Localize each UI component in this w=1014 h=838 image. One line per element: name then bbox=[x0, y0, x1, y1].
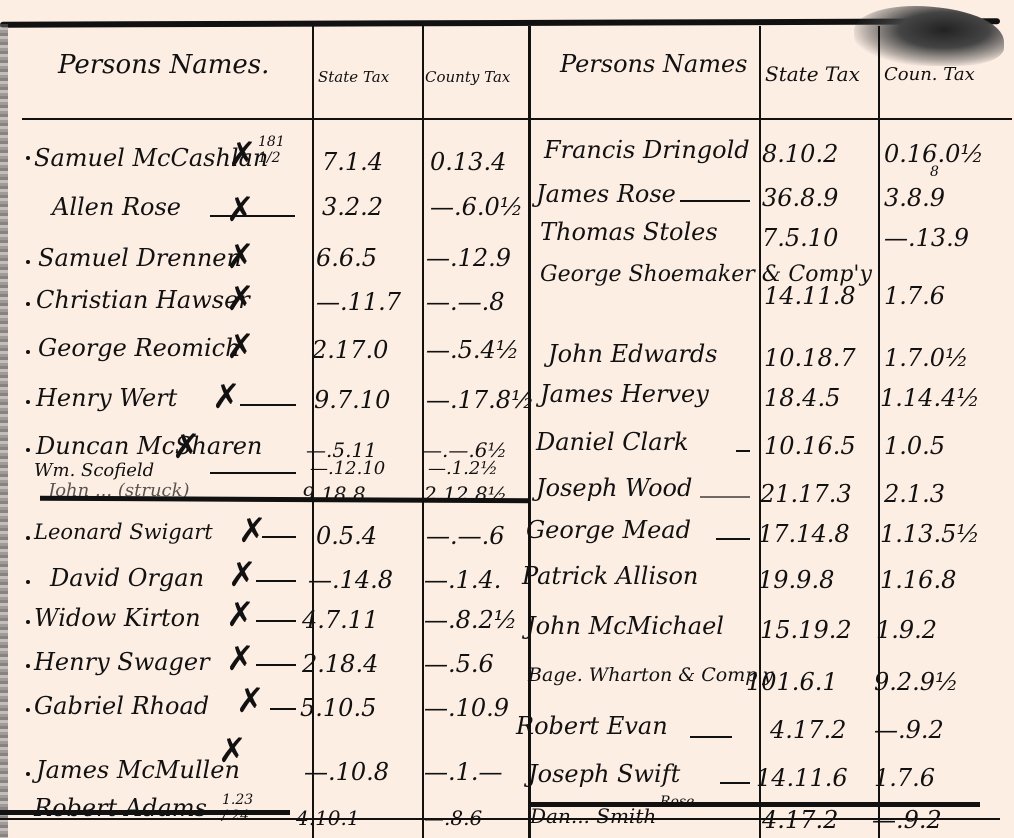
state-tax-value: 2.18.4 bbox=[302, 650, 378, 678]
state-tax-value: 10.16.5 bbox=[764, 432, 856, 460]
state-tax-value: 0.5.4 bbox=[316, 522, 377, 550]
person-name: Wm. Scofield bbox=[34, 460, 154, 481]
county-tax-value: —.1.— bbox=[424, 758, 503, 786]
county-tax-value: —.1.4. bbox=[424, 566, 501, 594]
person-name: Allen Rose bbox=[52, 193, 181, 221]
right-names-header: Persons Names bbox=[560, 50, 748, 78]
person-name: Henry Wert bbox=[36, 384, 177, 412]
column-rule-right-state bbox=[759, 26, 761, 838]
person-name: James Rose bbox=[536, 180, 676, 208]
person-name: John Edwards bbox=[548, 340, 718, 368]
county-tax-value: 2.12.8½ bbox=[424, 482, 507, 506]
county-tax-value: —.17.8½ bbox=[426, 386, 534, 414]
county-tax-value: 1.7.6 bbox=[874, 764, 935, 792]
cross-mark-icon: ✗ bbox=[236, 684, 265, 718]
person-name: Henry Swager bbox=[34, 648, 210, 676]
person-name: Leonard Swigart bbox=[34, 520, 213, 544]
state-tax-value: 6.6.5 bbox=[316, 244, 377, 272]
left-state-tax-header: State Tax bbox=[318, 68, 389, 86]
cross-mark-icon: ✗ bbox=[212, 380, 241, 414]
cross-mark-icon: ✗ bbox=[226, 642, 255, 676]
person-name: Thomas Stoles bbox=[540, 218, 718, 246]
county-tax-value: —.8.6 bbox=[424, 806, 482, 830]
corner-stain bbox=[854, 6, 1004, 66]
cross-mark-icon: ✗ bbox=[226, 282, 255, 316]
state-tax-value: 4.10.1 bbox=[296, 806, 360, 830]
page-top-edge bbox=[0, 18, 1000, 27]
right-county-tax-header: Coun. Tax bbox=[884, 64, 975, 85]
state-tax-value: 4.17.2 bbox=[762, 806, 838, 834]
state-tax-value: —.11.7 bbox=[316, 288, 401, 316]
state-tax-value: 14.11.6 bbox=[756, 764, 848, 792]
row-note: Rose bbox=[660, 794, 694, 810]
county-tax-value: —.5.4½ bbox=[426, 336, 519, 364]
state-tax-value: 2.17.0 bbox=[312, 336, 388, 364]
person-name: Francis Dringold bbox=[544, 136, 750, 164]
person-name: George Reomich bbox=[38, 334, 241, 362]
county-tax-value: —.—.8 bbox=[426, 288, 505, 316]
right-state-tax-header: State Tax bbox=[765, 62, 860, 86]
county-tax-value: 9.2.9½ bbox=[874, 668, 958, 696]
county-tax-value: —.10.9 bbox=[424, 694, 509, 722]
cross-mark-icon: ✗ bbox=[228, 138, 257, 172]
person-name: Daniel Clark bbox=[536, 428, 689, 456]
row-note: 8 bbox=[930, 164, 939, 180]
state-tax-value: 14.11.8 bbox=[764, 282, 856, 310]
cross-mark-icon: ✗ bbox=[172, 430, 201, 464]
state-tax-value: —.12.10 bbox=[310, 458, 385, 479]
state-tax-value: 3.2.2 bbox=[322, 193, 383, 221]
state-tax-value: 9.18.8 bbox=[302, 482, 366, 506]
state-tax-value: 7.1.4 bbox=[322, 148, 383, 176]
header-rule bbox=[22, 118, 1012, 120]
county-tax-value: 2.1.3 bbox=[884, 480, 945, 508]
county-tax-value: —.12.9 bbox=[426, 244, 511, 272]
county-tax-value: —.5.6 bbox=[424, 650, 494, 678]
state-tax-value: 21.17.3 bbox=[760, 480, 852, 508]
person-name: Gabriel Rhoad bbox=[34, 692, 209, 720]
county-tax-value: 1.13.5½ bbox=[880, 520, 980, 548]
cross-mark-icon: ✗ bbox=[218, 734, 247, 768]
state-tax-value: 5.10.5 bbox=[300, 694, 376, 722]
state-tax-value: 8.10.2 bbox=[762, 140, 838, 168]
state-tax-value: 4.7.11 bbox=[302, 606, 378, 634]
state-tax-value: —.10.8 bbox=[304, 758, 389, 786]
county-tax-value: 1.7.6 bbox=[884, 282, 945, 310]
state-tax-value: 17.14.8 bbox=[758, 520, 850, 548]
person-name: Robert Adams bbox=[34, 794, 207, 822]
county-tax-value: —.8.2½ bbox=[424, 606, 517, 634]
county-tax-value: —.6.0½ bbox=[430, 193, 523, 221]
page-left-edge bbox=[0, 24, 8, 838]
person-name: Bage. Wharton & Comp'y bbox=[528, 664, 773, 686]
state-tax-value: 4.17.2 bbox=[770, 716, 846, 744]
state-tax-value: 36.8.9 bbox=[762, 184, 838, 212]
state-tax-value: 101.6.1 bbox=[746, 668, 838, 696]
cross-mark-icon: ✗ bbox=[226, 193, 255, 227]
person-name: Christian Hawser bbox=[36, 286, 250, 314]
person-name: James Hervey bbox=[540, 380, 709, 408]
cross-mark-icon: ✗ bbox=[226, 598, 255, 632]
person-name: John McMichael bbox=[526, 612, 724, 640]
county-tax-value: —.1.2½ bbox=[428, 458, 498, 479]
county-tax-value: 1.0.5 bbox=[884, 432, 945, 460]
county-tax-value: 1.14.4½ bbox=[880, 384, 980, 412]
cross-mark-icon: ✗ bbox=[238, 514, 267, 548]
state-tax-value: 9.7.10 bbox=[314, 386, 390, 414]
county-tax-value: 1.9.2 bbox=[876, 616, 937, 644]
left-county-tax-header: County Tax bbox=[425, 68, 510, 86]
left-names-header: Persons Names. bbox=[58, 50, 269, 80]
person-name: Joseph Wood bbox=[536, 474, 692, 502]
row-note: 1.23 / 24 bbox=[222, 792, 253, 824]
state-tax-value: 7.5.10 bbox=[762, 224, 838, 252]
county-tax-value: —.13.9 bbox=[884, 224, 969, 252]
person-name: Dan... Smith bbox=[530, 804, 656, 828]
cross-mark-icon: ✗ bbox=[226, 240, 255, 274]
person-name: Duncan McSharen bbox=[36, 432, 262, 460]
state-tax-value: —.14.8 bbox=[308, 566, 393, 594]
state-tax-value: 19.9.8 bbox=[758, 566, 834, 594]
row-note: 181 1/2 bbox=[258, 134, 285, 166]
ledger-page: Persons Names. State Tax County Tax Pers… bbox=[0, 0, 1014, 838]
cross-mark-icon: ✗ bbox=[228, 558, 257, 592]
county-tax-value: 1.7.0½ bbox=[884, 344, 968, 372]
person-name: Robert Evan bbox=[516, 712, 668, 740]
county-tax-value: 3.8.9 bbox=[884, 184, 945, 212]
person-name: John ... (struck) bbox=[48, 480, 190, 501]
person-name: Widow Kirton bbox=[34, 604, 201, 632]
county-tax-value: 1.16.8 bbox=[880, 566, 956, 594]
person-name: George Mead bbox=[526, 516, 691, 544]
county-tax-value: —.9.2 bbox=[872, 806, 942, 834]
person-name: Samuel Drennen bbox=[38, 244, 242, 272]
person-name: James McMullen bbox=[36, 756, 240, 784]
state-tax-value: 15.19.2 bbox=[760, 616, 852, 644]
county-tax-value: —.—.6 bbox=[426, 522, 505, 550]
state-tax-value: 10.18.7 bbox=[764, 344, 856, 372]
cross-mark-icon: ✗ bbox=[226, 330, 255, 364]
person-name: Patrick Allison bbox=[522, 562, 698, 590]
county-tax-value: —.9.2 bbox=[874, 716, 944, 744]
person-name: Joseph Swift bbox=[528, 760, 680, 788]
person-name: David Organ bbox=[50, 564, 204, 592]
county-tax-value: 0.13.4 bbox=[430, 148, 506, 176]
state-tax-value: 18.4.5 bbox=[764, 384, 840, 412]
